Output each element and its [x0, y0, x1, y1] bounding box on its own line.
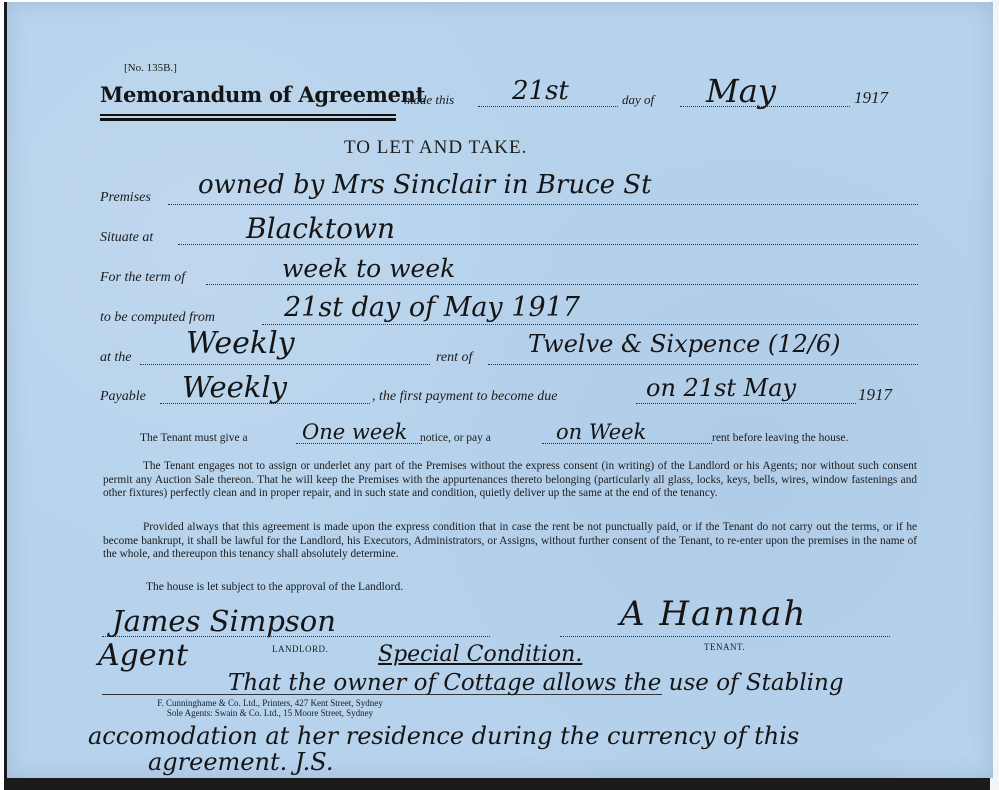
payable-field[interactable]: Weekly	[182, 370, 287, 404]
provided-clause: Provided always that this agreement is m…	[103, 521, 917, 562]
approval-clause: The house is let subject to the approval…	[146, 581, 403, 593]
day-of-label: day of	[622, 92, 654, 108]
term-label: For the term of	[100, 270, 185, 286]
notice-prefix: The Tenant must give a	[140, 432, 248, 444]
rent-field[interactable]: Twelve & Sixpence (12/6)	[528, 330, 841, 358]
first-payment-line	[636, 403, 856, 404]
title-rule	[100, 114, 396, 116]
notice-field[interactable]: One week	[302, 420, 407, 444]
tenant-signature-line	[560, 636, 890, 637]
computed-field[interactable]: 21st day of May 1917	[284, 292, 580, 323]
computed-label: to be computed from	[100, 310, 215, 326]
rent-label: rent of	[436, 350, 472, 366]
landlord-signature: James Simpson	[112, 604, 336, 638]
made-day-line	[478, 106, 618, 107]
premises-field[interactable]: owned by Mrs Sinclair in Bruce St	[198, 170, 652, 200]
rate-field[interactable]: Weekly	[186, 326, 295, 361]
special-condition-line-3: agreement. J.S.	[148, 748, 333, 776]
first-payment-label: , the first payment to become due	[372, 389, 557, 405]
form-number: [No. 135B.]	[124, 62, 177, 74]
made-this-label: made this	[404, 92, 454, 108]
term-line	[206, 284, 918, 285]
document-subtitle: TO LET AND TAKE.	[344, 137, 527, 159]
premises-label: Premises	[100, 190, 151, 206]
title-rule	[100, 118, 396, 121]
first-payment-year: 1917	[858, 385, 892, 405]
document-title: Memorandum of Agreement	[100, 82, 425, 107]
special-condition-line-1: That the owner of Cottage allows the use…	[228, 670, 844, 696]
premises-line	[168, 204, 918, 205]
term-field[interactable]: week to week	[282, 254, 455, 283]
tenant-signature: A Hannah	[620, 594, 807, 634]
tenant-label: TENANT.	[704, 642, 745, 652]
payable-label: Payable	[100, 389, 146, 405]
notice-middle: notice, or pay a	[420, 432, 491, 444]
notice-rent-field[interactable]: on Week	[556, 420, 646, 444]
year-printed: 1917	[854, 88, 888, 108]
scan-border	[4, 778, 990, 790]
first-payment-field[interactable]: on 21st May	[646, 374, 796, 402]
landlord-label: LANDLORD.	[272, 644, 328, 654]
made-day-field[interactable]: 21st	[512, 76, 569, 106]
special-condition-line-2: accomodation at her residence during the…	[88, 722, 799, 750]
printer-line-1: F. Cunninghame & Co. Ltd., Printers, 427…	[100, 698, 440, 708]
rent-line	[488, 364, 918, 365]
printer-imprint: F. Cunninghame & Co. Ltd., Printers, 427…	[100, 698, 440, 718]
landlord-agent-note: Agent	[98, 638, 188, 673]
computed-line	[262, 324, 918, 325]
rate-label: at the	[100, 350, 132, 366]
rate-line	[140, 364, 430, 365]
printer-line-2: Sole Agents: Swain & Co. Ltd., 15 Moore …	[100, 708, 440, 718]
assign-clause: The Tenant engages not to assign or unde…	[103, 460, 917, 501]
special-condition-heading: Special Condition.	[378, 642, 582, 667]
situate-label: Situate at	[100, 230, 153, 246]
made-month-field[interactable]: May	[706, 72, 776, 110]
situate-field[interactable]: Blacktown	[246, 212, 395, 245]
notice-suffix: rent before leaving the house.	[712, 432, 848, 444]
